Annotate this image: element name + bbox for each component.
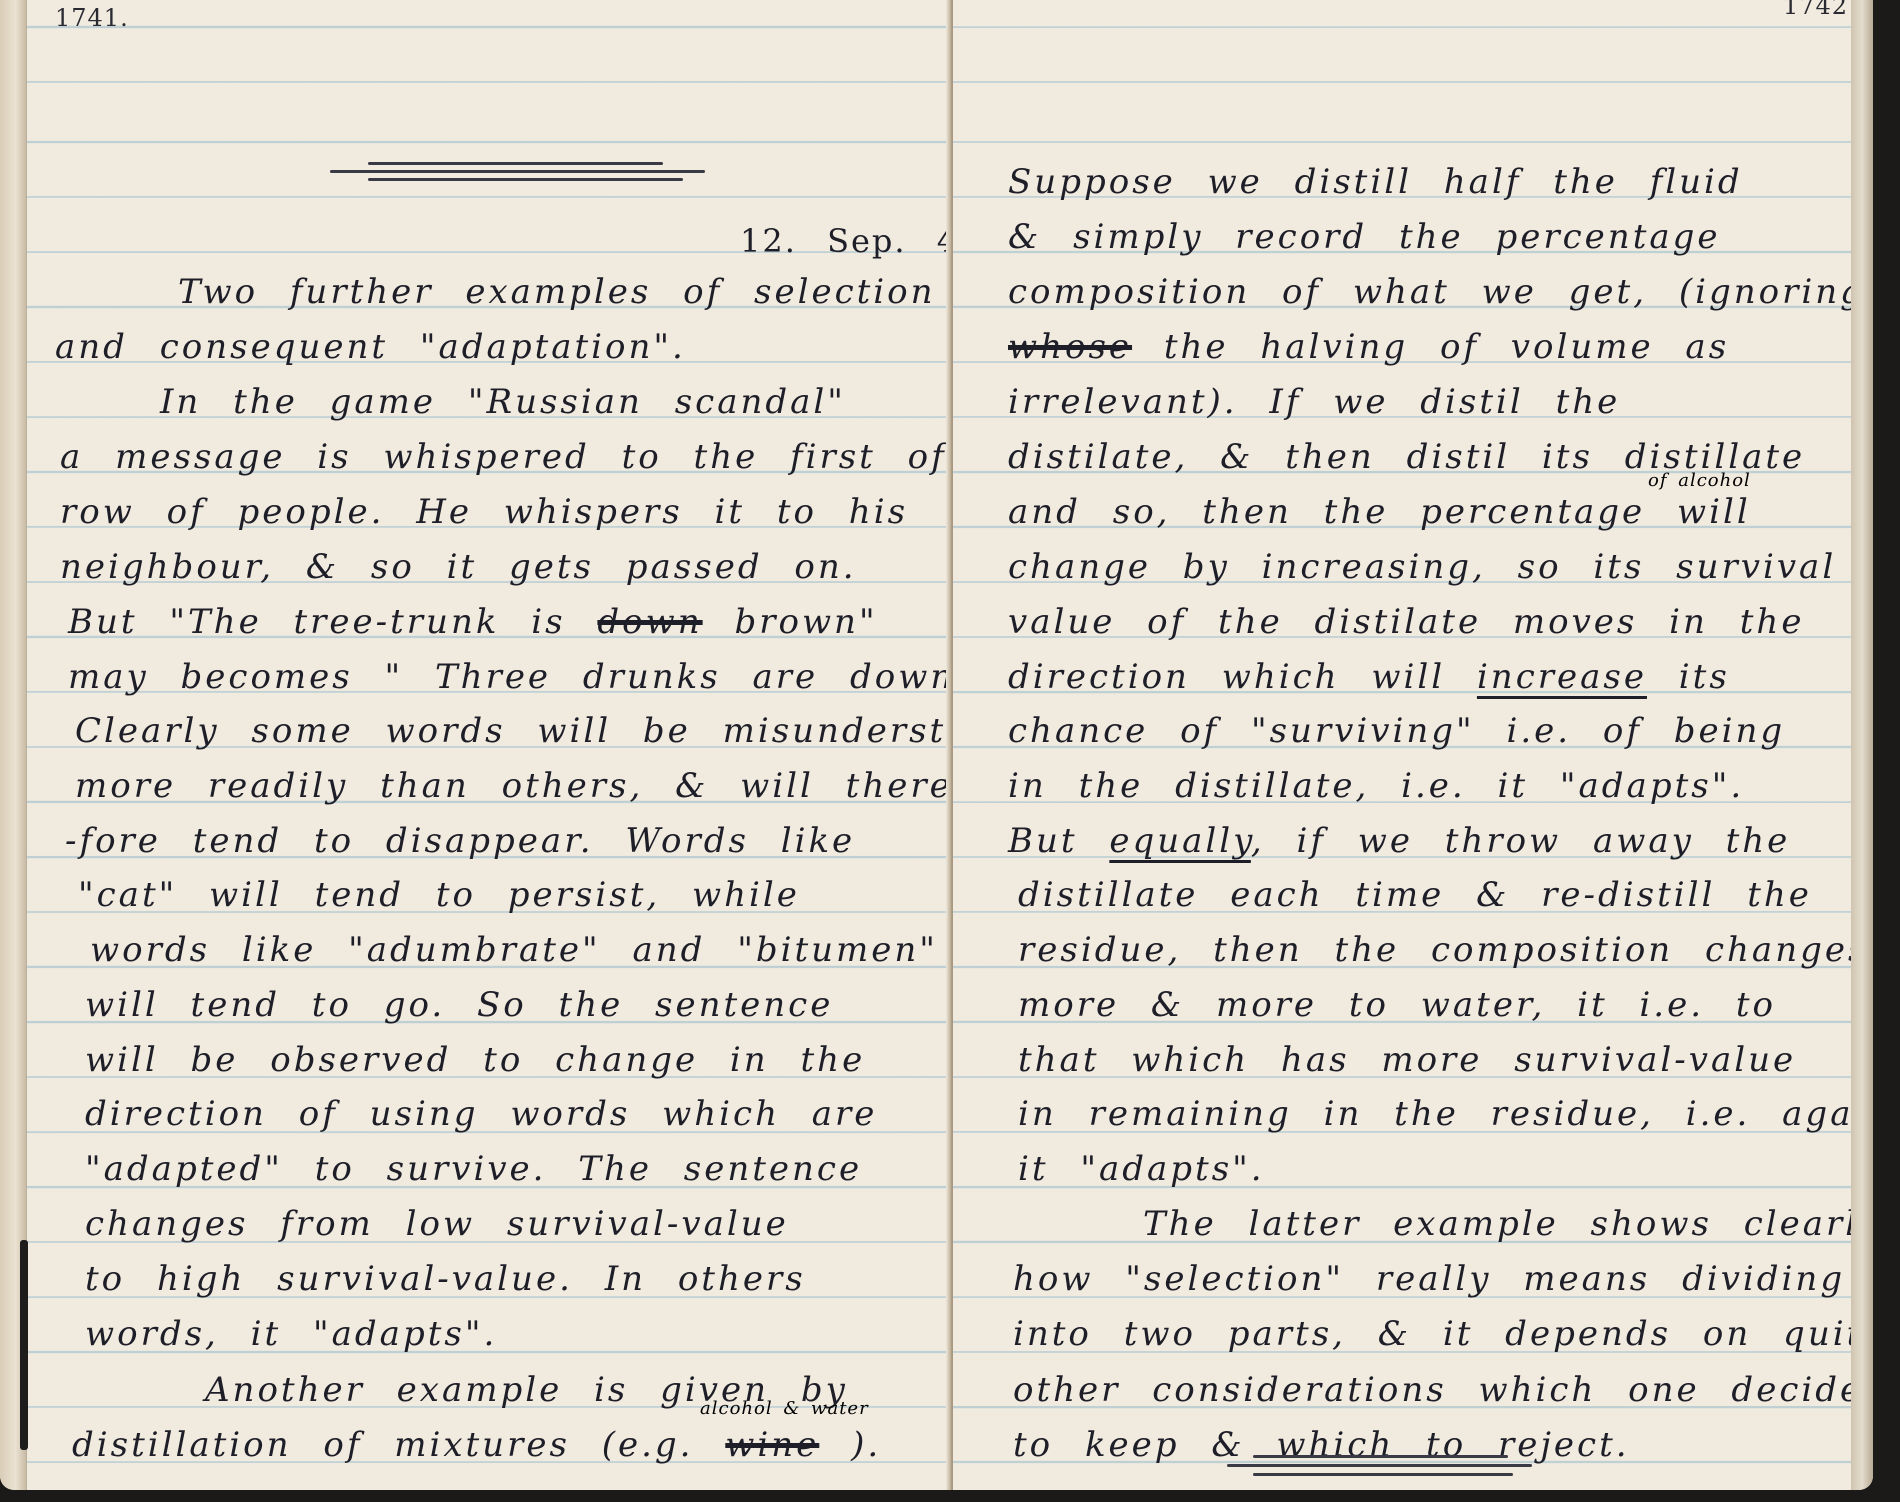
text-line: distillate each time & re-distill the — [1018, 875, 1812, 915]
entry-date: 12. Sep. 44 — [740, 222, 950, 260]
text-fragment: and so, then the percentage — [1008, 492, 1645, 532]
right-notebook-page: 1742 Suppose we distill half the fluid &… — [953, 0, 1873, 1490]
text-line: change by increasing, so its survival — [1008, 547, 1836, 587]
text-line: direction of using words which are — [85, 1094, 877, 1134]
text-fragment: , if we throw away the — [1251, 821, 1790, 861]
text-line: more readily than others, & will there- — [75, 766, 950, 806]
text-fragment: But "The tree-trunk is — [68, 602, 566, 642]
text-line: residue, then the composition changes — [1018, 930, 1868, 970]
text-line: "cat" will tend to persist, while — [78, 875, 800, 915]
text-line: & simply record the percentage — [1008, 217, 1721, 257]
text-line: composition of what we get, (ignoring — [1008, 272, 1865, 312]
text-line: to keep & which to reject. — [1013, 1425, 1630, 1465]
text-line-with-strike: But "The tree-trunk is down brown" — [68, 602, 878, 642]
text-fragment: will — [1677, 492, 1751, 532]
text-line-with-underline: But equally, if we throw away the — [1008, 821, 1790, 861]
underlined-word: equally — [1109, 821, 1251, 861]
page-number-right: 1742 — [1783, 0, 1848, 20]
underlined-word: increase — [1477, 657, 1647, 697]
insertion-note: of alcohol — [1648, 470, 1751, 491]
text-line-with-strike: distillation of mixtures (e.g. wine ). — [72, 1425, 881, 1465]
text-line: a message is whispered to the first of a — [60, 437, 950, 477]
text-line: The latter example shows clearly — [1143, 1204, 1873, 1244]
text-line: may becomes " Three drunks are down" — [68, 657, 950, 697]
text-line: irrelevant). If we distil the — [1008, 382, 1620, 422]
text-line: changes from low survival-value — [85, 1204, 789, 1244]
page-number-left: 1741. — [55, 4, 129, 32]
text-line: and consequent "adaptation". — [55, 327, 686, 367]
text-line: into two parts, & it depends on quite — [1013, 1314, 1873, 1354]
text-fragment: direction which will — [1008, 657, 1445, 697]
struck-word: down — [597, 602, 702, 642]
text-line: that which has more survival-value — [1018, 1040, 1796, 1080]
text-line: row of people. He whispers it to his — [60, 492, 908, 532]
text-line: it "adapts". — [1018, 1149, 1265, 1189]
insertion-note: alcohol & water — [700, 1398, 869, 1419]
text-line: Suppose we distill half the fluid — [1008, 162, 1743, 202]
text-fragment: ). — [851, 1425, 881, 1465]
text-fragment: distillation of mixtures (e.g. — [72, 1425, 693, 1465]
text-line: In the game "Russian scandal" — [160, 382, 846, 422]
text-line: to high survival-value. In others — [85, 1259, 806, 1299]
text-line: will be observed to change in the — [85, 1040, 865, 1080]
text-line-with-underline: direction which will increase its — [1008, 657, 1730, 697]
struck-word: wine — [725, 1425, 819, 1465]
text-line: more & more to water, it i.e. to — [1018, 985, 1776, 1025]
binding-edge — [20, 1240, 28, 1450]
text-line: will tend to go. So the sentence — [85, 985, 833, 1025]
text-line: and so, then the percentage will — [1008, 492, 1751, 532]
text-line: words like "adumbrate" and "bitumen" — [90, 930, 938, 970]
text-fragment: But — [1008, 821, 1078, 861]
text-fragment: the halving of volume as — [1164, 327, 1729, 367]
struck-word: whose — [1008, 327, 1132, 367]
text-fragment: its — [1679, 657, 1730, 697]
text-line: in the distillate, i.e. it "adapts". — [1008, 766, 1744, 806]
text-line: neighbour, & so it gets passed on. — [60, 547, 857, 587]
left-notebook-page: 1741. 12. Sep. 44 Two further examples o… — [0, 0, 950, 1490]
text-line: other considerations which one decides — [1013, 1370, 1873, 1410]
text-line: Clearly some words will be misunderstood — [75, 711, 950, 751]
text-line: "adapted" to survive. The sentence — [85, 1149, 862, 1189]
text-line: words, it "adapts". — [85, 1314, 497, 1354]
text-line: how "selection" really means dividing — [1013, 1259, 1845, 1299]
text-line-with-strike: whose the halving of volume as — [1008, 327, 1729, 367]
text-line: -fore tend to disappear. Words like — [65, 821, 855, 861]
text-fragment: brown" — [734, 602, 877, 642]
text-line: chance of "surviving" i.e. of being — [1008, 711, 1785, 751]
text-line: Two further examples of selection — [178, 272, 936, 312]
text-line: value of the distilate moves in the — [1008, 602, 1804, 642]
text-line: in remaining in the residue, i.e. again — [1018, 1094, 1873, 1134]
